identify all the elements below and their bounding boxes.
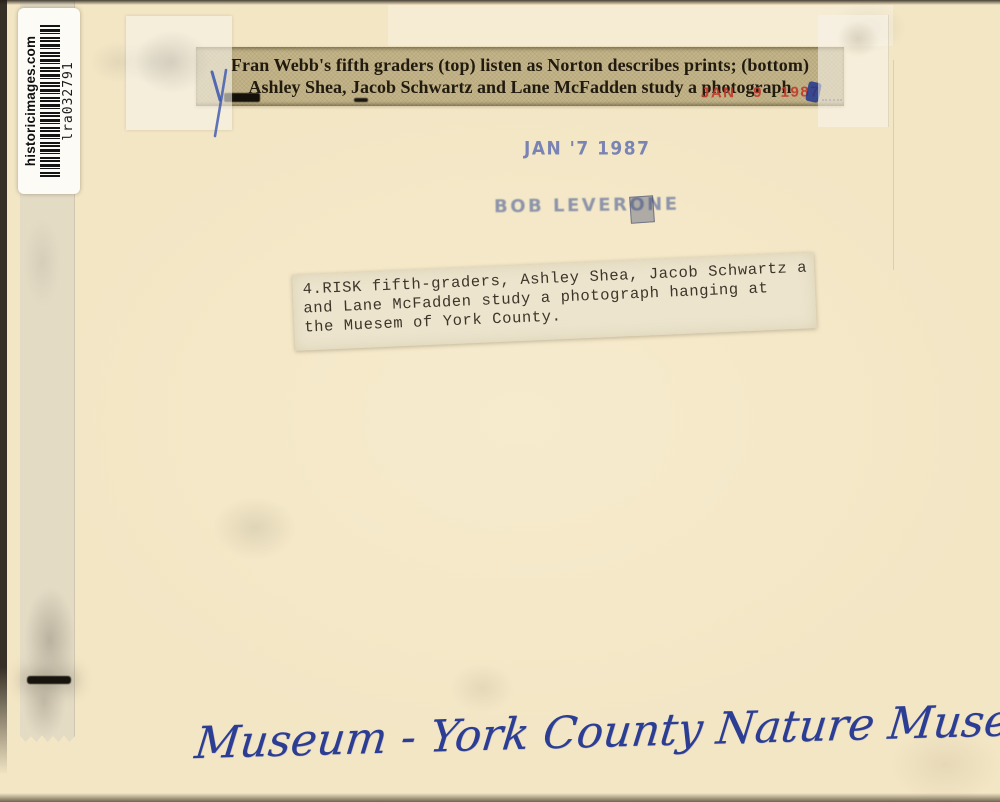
scan-edge-bottom — [0, 793, 1000, 802]
scan-edge-top — [0, 0, 1000, 5]
scan-edge-left — [0, 0, 7, 775]
photo-verso: historicimages.com lra032791 Fran Webb's… — [0, 0, 1000, 802]
barcode-site-text: historicimages.com — [23, 36, 39, 166]
check-mark-icon — [206, 66, 234, 140]
caption-strip: Fran Webb's fifth graders (top) listen a… — [196, 47, 844, 106]
ink-smudge-small — [354, 98, 368, 102]
barcode-code-text: lra032791 — [61, 61, 76, 140]
received-date-stamp: JAN '7 1987 — [524, 138, 650, 160]
typed-caption-label: 4.RISK fifth-graders, Ashley Shea, Jacob… — [292, 252, 817, 351]
barcode-icon — [40, 25, 60, 177]
stamp-double-strike-mark — [629, 195, 655, 224]
ink-smudge-dash — [27, 676, 71, 684]
tape-piece-right — [818, 15, 889, 127]
barcode-label: historicimages.com lra032791 — [18, 8, 80, 194]
barcode-label-face: historicimages.com lra032791 — [18, 8, 80, 194]
handwritten-note: Museum - York County Nature Museum — [192, 693, 1000, 769]
tape-edge-line — [893, 60, 894, 270]
red-date-stamp: JAN 9 1987 — [701, 83, 820, 101]
caption-line-1: Fran Webb's fifth graders (top) listen a… — [196, 54, 844, 76]
